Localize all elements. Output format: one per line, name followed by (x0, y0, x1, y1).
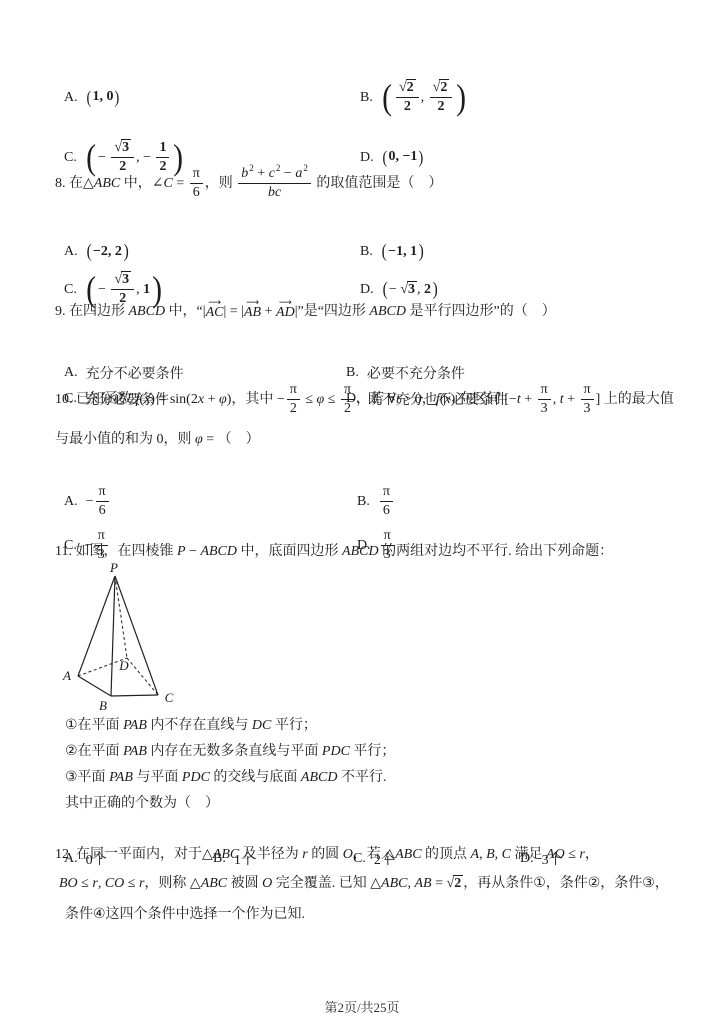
fraction-numerator: π (190, 166, 203, 184)
math-var: ABCD (129, 304, 166, 319)
fraction-numerator: π (581, 382, 594, 400)
math-var: a (295, 166, 302, 181)
fraction-numerator: b2 + c2 − a2 (238, 166, 311, 184)
text-run: ) 在区间 [− (451, 392, 517, 407)
q7-option-d: D.(0, −1) (360, 149, 424, 165)
text-run: 满足 (511, 847, 546, 862)
paren-content: 0, −1 (387, 149, 418, 165)
math-var: O (262, 876, 272, 891)
q7-option-a: A.(1, 0) (64, 89, 360, 105)
text-run: ≤ (124, 876, 139, 891)
text-run: π (290, 382, 297, 397)
math-num: 0, −1 (388, 149, 417, 164)
math-var: ABCD (301, 770, 338, 785)
math-vector: ⟶AB (244, 301, 261, 321)
fraction-numerator: π (538, 382, 551, 400)
text-run: ①在平面 (65, 718, 123, 733)
text-run: π (344, 382, 351, 397)
text-run: 6 (193, 185, 200, 200)
math-var: A (471, 847, 480, 862)
math-sqrt: √3 (400, 281, 417, 297)
fraction-denominator: 2 (287, 400, 300, 417)
text-run: ，若 ∀ (356, 392, 396, 407)
text-run: , (421, 90, 428, 105)
text-run: 的圆 (308, 847, 343, 862)
option-value: (− √3, 2) (382, 281, 439, 298)
math-var: DC (252, 718, 271, 733)
math-sqrt: √3 (114, 139, 131, 155)
page-number-footer: 第2页/共25页 (0, 997, 724, 1016)
vertex-label-D: D (118, 658, 129, 673)
text-run: 中，∠ (120, 176, 163, 191)
radicand: 2 (453, 875, 463, 891)
text-run: ≤ (78, 876, 93, 891)
open-paren: ( (382, 281, 387, 298)
text-run: − (186, 544, 201, 559)
math-sqrt: √2 (433, 79, 450, 95)
text-run: 12. 在同一平面内，对于△ (55, 847, 213, 862)
math-var: ABC (201, 876, 227, 891)
text-run: 10. 已知函数 (55, 392, 136, 407)
text-run: ) = sin(2 (150, 392, 198, 407)
close-paren: ) (419, 150, 424, 166)
text-run: 2 (344, 401, 351, 416)
text-run: ③平面 (65, 770, 109, 785)
close-paren: ) (433, 281, 438, 298)
text-run: = (432, 876, 447, 891)
paren-content: − √3, 2 (388, 282, 432, 298)
math-sqrt: √3 (114, 271, 131, 287)
text-run: 不平行. (337, 770, 386, 785)
edge-BC (111, 695, 158, 696)
text-run: 及半径为 (239, 847, 302, 862)
text-run: 的取值范围是（ ） (313, 176, 443, 191)
radicand: 3 (121, 139, 131, 155)
math-var: AO (546, 847, 565, 862)
q8-stem: 8. 在△ABC 中，∠C = π6，则 b2 + c2 − a2bc 的取值范… (55, 166, 694, 201)
text-run: 条件④这四个条件中选择一个作为已知. (65, 907, 305, 922)
text-run: 内存在无数多条直线与平面 (147, 744, 322, 759)
math-fraction: π3 (538, 382, 551, 417)
radicand: 2 (439, 79, 449, 95)
edge-AB (78, 676, 111, 696)
math-fraction: π6 (190, 166, 203, 201)
math-fraction: b2 + c2 − a2bc (238, 166, 311, 201)
math-fraction: π2 (287, 382, 300, 417)
text-run: − (98, 282, 109, 297)
text-run: 2 (290, 401, 297, 416)
text-run: 的顶点 (422, 847, 471, 862)
pyramid-figure: P A B C D (55, 560, 185, 715)
q11-proposition-2: ②在平面 PAB 内存在无数多条直线与平面 PDC 平行； (55, 740, 694, 760)
math-var: PDC (322, 744, 350, 759)
q11-stem: 11. 如图，在四棱锥 P − ABCD 中，底面四边形 ABCD 的两组对边均… (55, 540, 694, 560)
radical-sign: √ (399, 80, 406, 95)
math-paren-group: (0, −1) (382, 149, 425, 165)
vector-letters: AC (206, 305, 224, 320)
text-run: − (389, 282, 400, 297)
math-sqrt: √2 (399, 79, 416, 95)
text-run: + (521, 392, 536, 407)
text-run: + (564, 392, 579, 407)
edge-PD-dashed (115, 576, 127, 658)
text-run: π (193, 166, 200, 181)
math-num: 1 (159, 140, 166, 155)
math-sqrt: √2 (447, 875, 464, 891)
q12-line2: BO ≤ r, CO ≤ r，则称 △ABC 被圆 O 完全覆盖. 已知 △AB… (55, 872, 694, 892)
option-value: (0, −1) (382, 149, 425, 165)
text-run: + (204, 392, 219, 407)
q8-option-d: D.(− √3, 2) (360, 281, 438, 298)
option-label: C. (64, 282, 77, 298)
text-run: 中，“| (165, 304, 206, 319)
text-run: 9. 在四边形 (55, 304, 129, 319)
math-num: 1 (143, 282, 150, 297)
q11-proposition-3: ③平面 PAB 与平面 PDC 的交线与底面 ABCD 不平行. (55, 766, 694, 786)
math-var: c (269, 166, 275, 181)
text-run: , (136, 282, 143, 297)
text-run: ，若 △ (353, 847, 395, 862)
math-vector: ⟶AC (206, 301, 224, 321)
math-var: ABCD (200, 544, 237, 559)
option-label: D. (360, 282, 374, 298)
math-var: AB (415, 876, 432, 891)
fraction-numerator: π (287, 382, 300, 400)
fraction-denominator: 6 (190, 184, 203, 201)
q8-options-row2: C.(− √32, 1) D.(− √3, 2) (55, 240, 694, 339)
math-var: P (177, 544, 186, 559)
text-run: 其中正确的个数为（ ） (65, 796, 219, 811)
math-var: φ (195, 432, 203, 447)
q11-proposition-1: ①在平面 PAB 内不存在直线与 DC 平行； (55, 714, 694, 734)
paren-content: 1, 0 (91, 89, 114, 105)
q10-stem-line2: 与最小值的和为 0，则 φ = （ ） (55, 428, 694, 448)
fraction-numerator: √2 (396, 80, 419, 98)
text-run: > 0， (400, 392, 436, 407)
text-run: ≤ (324, 392, 339, 407)
q10-stem-line1: 10. 已知函数 f(x) = sin(2x + φ)，其中 −π2 ≤ φ ≤… (55, 382, 694, 417)
math-var: ABC (94, 176, 120, 191)
text-run: 8. 在△ (55, 176, 94, 191)
math-var: φ (219, 392, 227, 407)
vertex-label-P: P (109, 560, 118, 575)
text-run: 3 (584, 401, 591, 416)
text-run: − (98, 150, 109, 165)
math-superscript: 2 (303, 163, 308, 173)
text-run: 中，底面四边形 (237, 544, 342, 559)
edge-PA (78, 576, 115, 676)
fraction-denominator: 2 (341, 400, 354, 417)
math-var: C (502, 847, 511, 862)
q9-stem: 9. 在四边形 ABCD 中，“|⟶AC| = |⟶AB + ⟶AD|”是“四边… (55, 300, 694, 321)
text-run: , (495, 847, 502, 862)
text-run: | = | (223, 304, 244, 319)
text-run: 是平行四边形”的（ ） (406, 304, 556, 319)
vertex-label-B: B (99, 698, 107, 713)
math-var: bc (268, 185, 281, 200)
math-paren-group: (− √3, 2) (382, 281, 439, 298)
text-run: 的交线与底面 (210, 770, 301, 785)
text-run: = (173, 176, 188, 191)
math-var: BO (59, 876, 78, 891)
text-run: , (98, 876, 105, 891)
fraction-denominator: 3 (538, 400, 551, 417)
text-run: = （ ） (203, 432, 260, 447)
q12-line3: 条件④这四个条件中选择一个作为已知. (55, 903, 694, 923)
math-fraction: π2 (341, 382, 354, 417)
math-var: b (241, 166, 248, 181)
math-var: PAB (123, 744, 147, 759)
radicand: 2 (406, 79, 416, 95)
text-run: + (261, 304, 276, 319)
text-run: 3 (541, 401, 548, 416)
fraction-numerator: √3 (111, 140, 134, 158)
fraction-numerator: π (341, 382, 354, 400)
math-num: 2 (424, 282, 431, 297)
text-run: ，则称 △ (144, 876, 200, 891)
math-fraction: π3 (581, 382, 594, 417)
math-vector: ⟶AD (276, 301, 295, 321)
option-label: B. (360, 90, 373, 106)
radical-sign: √ (400, 282, 407, 297)
radicand: 3 (407, 281, 417, 297)
math-var: CO (105, 876, 124, 891)
text-run: |”是“四边形 (295, 304, 370, 319)
text-run: ，再从条件①，条件②，条件③， (463, 876, 669, 891)
close-paren: ) (115, 90, 120, 106)
text-run: )，其中 − (227, 392, 285, 407)
text-run: ②在平面 (65, 744, 123, 759)
math-var: PAB (123, 718, 147, 733)
text-run: 平行； (271, 718, 317, 733)
edge-DC-dashed (127, 658, 158, 695)
fraction-denominator: 3 (581, 400, 594, 417)
vector-letters: AB (244, 305, 261, 320)
math-num: 1, 0 (92, 89, 113, 104)
text-run: 11. 如图，在四棱锥 (55, 544, 177, 559)
text-run: 的两组对边均不平行. 给出下列命题： (379, 544, 614, 559)
math-var: PAB (109, 770, 133, 785)
text-run: , (408, 876, 415, 891)
edge-PC (115, 576, 158, 695)
text-run: − (280, 166, 295, 181)
q11-conclude: 其中正确的个数为（ ） (55, 792, 694, 812)
text-run: ≤ (302, 392, 317, 407)
math-var: ABC (381, 876, 407, 891)
text-run: , (553, 392, 560, 407)
math-var: C (163, 176, 172, 191)
open-paren: ( (382, 150, 387, 166)
text-run: ， (585, 847, 599, 862)
vector-letters: AD (276, 305, 295, 320)
option-value: (1, 0) (86, 89, 121, 105)
text-run: ≤ (565, 847, 580, 862)
q12-line1: 12. 在同一平面内，对于△ABC 及半径为 r 的圆 O，若 △ABC 的顶点… (55, 843, 694, 863)
math-var: B (486, 847, 495, 862)
text-run: + (254, 166, 269, 181)
edge-PB (111, 576, 115, 696)
option-label: D. (360, 150, 374, 166)
vertex-label-C: C (165, 690, 174, 705)
math-var: ABC (213, 847, 239, 862)
text-run: 完全覆盖. 已知 △ (272, 876, 381, 891)
text-run: , − (136, 150, 154, 165)
math-var: PDC (182, 770, 210, 785)
exam-page: A.(1, 0) B.(√22, √22) C.(− √32, − 12) D.… (0, 0, 724, 1024)
option-label: C. (64, 150, 77, 166)
math-paren-group: (1, 0) (86, 89, 121, 105)
text-run: 内不存在直线与 (147, 718, 252, 733)
option-label: A. (64, 90, 78, 106)
radicand: 3 (121, 271, 131, 287)
text-run: ，则 (205, 176, 237, 191)
math-var: ABCD (369, 304, 406, 319)
text-run: 与平面 (133, 770, 182, 785)
text-run: 与最小值的和为 0，则 (55, 432, 195, 447)
text-run: π (584, 382, 591, 397)
text-run: , (417, 282, 424, 297)
fraction-denominator: bc (238, 184, 311, 201)
text-run: ] 上的最大值 (596, 392, 674, 407)
math-var: ABCD (342, 544, 379, 559)
math-var: O (343, 847, 353, 862)
text-run: π (541, 382, 548, 397)
math-var: ABC (395, 847, 421, 862)
fraction-numerator: 1 (156, 140, 169, 158)
open-paren: ( (86, 90, 91, 106)
text-run: 平行； (350, 744, 396, 759)
vertex-label-A: A (62, 668, 71, 683)
fraction-numerator: √3 (111, 272, 134, 290)
text-run: 被圆 (227, 876, 262, 891)
fraction-numerator: √2 (430, 80, 453, 98)
